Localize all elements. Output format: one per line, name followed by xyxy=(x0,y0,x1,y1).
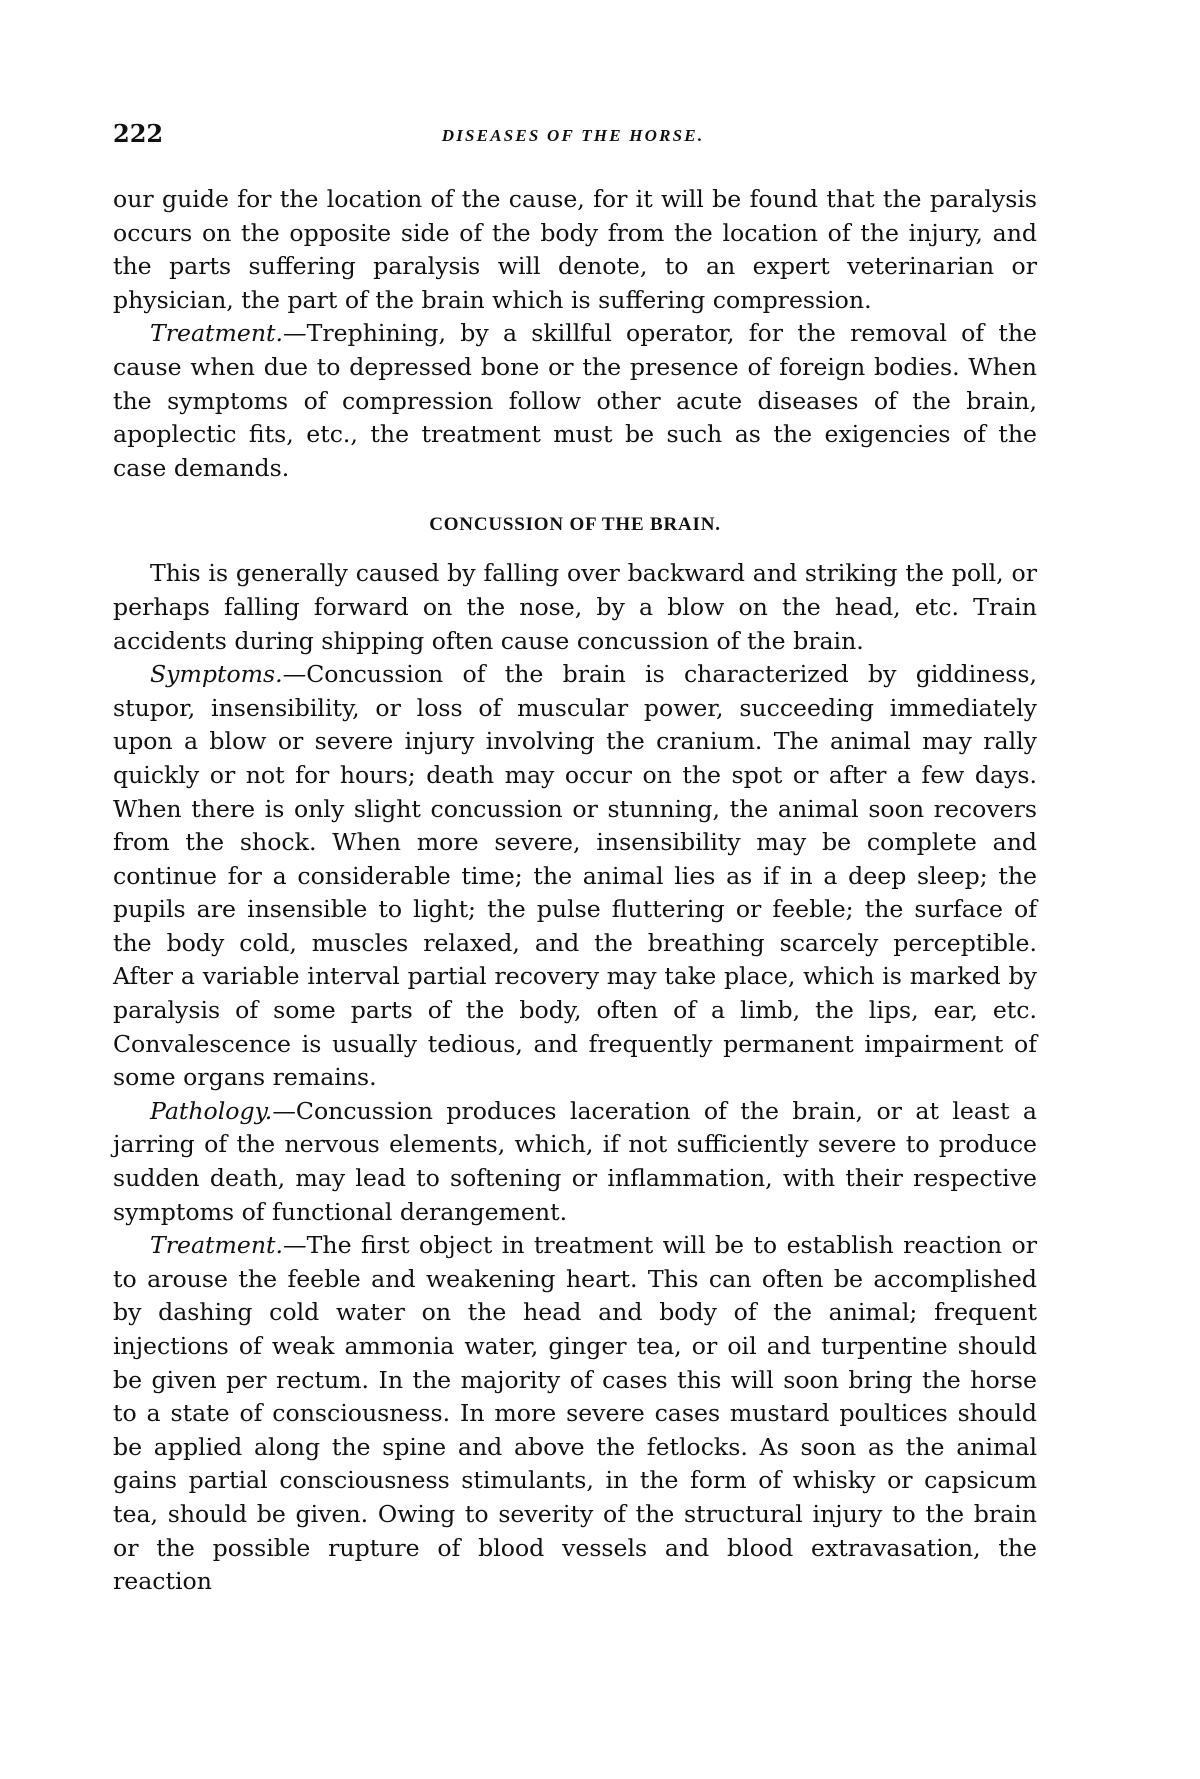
paragraph-lead-treatment: Treatment. xyxy=(150,1231,283,1259)
paragraph-body: —The first object in treatment will be t… xyxy=(113,1231,1037,1595)
continuation-paragraph: our guide for the location of the cause,… xyxy=(113,183,1037,317)
paragraph-lead-symptoms: Symptoms. xyxy=(150,660,283,688)
body-text: our guide for the location of the cause,… xyxy=(113,183,1037,1599)
treatment-paragraph: Treatment.—The first object in treatment… xyxy=(113,1229,1037,1599)
compression-treatment-paragraph: Treatment.—Trephining, by a skillful ope… xyxy=(113,317,1037,485)
intro-paragraph: This is generally caused by falling over… xyxy=(113,557,1037,658)
pathology-paragraph: Pathology.—Concussion produces laceratio… xyxy=(113,1095,1037,1229)
paragraph-lead-treatment: Treatment. xyxy=(150,319,283,347)
symptoms-paragraph: Symptoms.—Concussion of the brain is cha… xyxy=(113,658,1037,1095)
page-number: 222 xyxy=(113,122,163,146)
paragraph-body: —Concussion of the brain is characterize… xyxy=(113,660,1037,1091)
section-heading: CONCUSSION OF THE BRAIN. xyxy=(113,485,1037,557)
paragraph-lead-pathology: Pathology. xyxy=(150,1097,272,1125)
running-title: DISEASES OF THE HORSE. xyxy=(408,126,738,146)
running-header: 222 DISEASES OF THE HORSE. xyxy=(113,122,1037,150)
